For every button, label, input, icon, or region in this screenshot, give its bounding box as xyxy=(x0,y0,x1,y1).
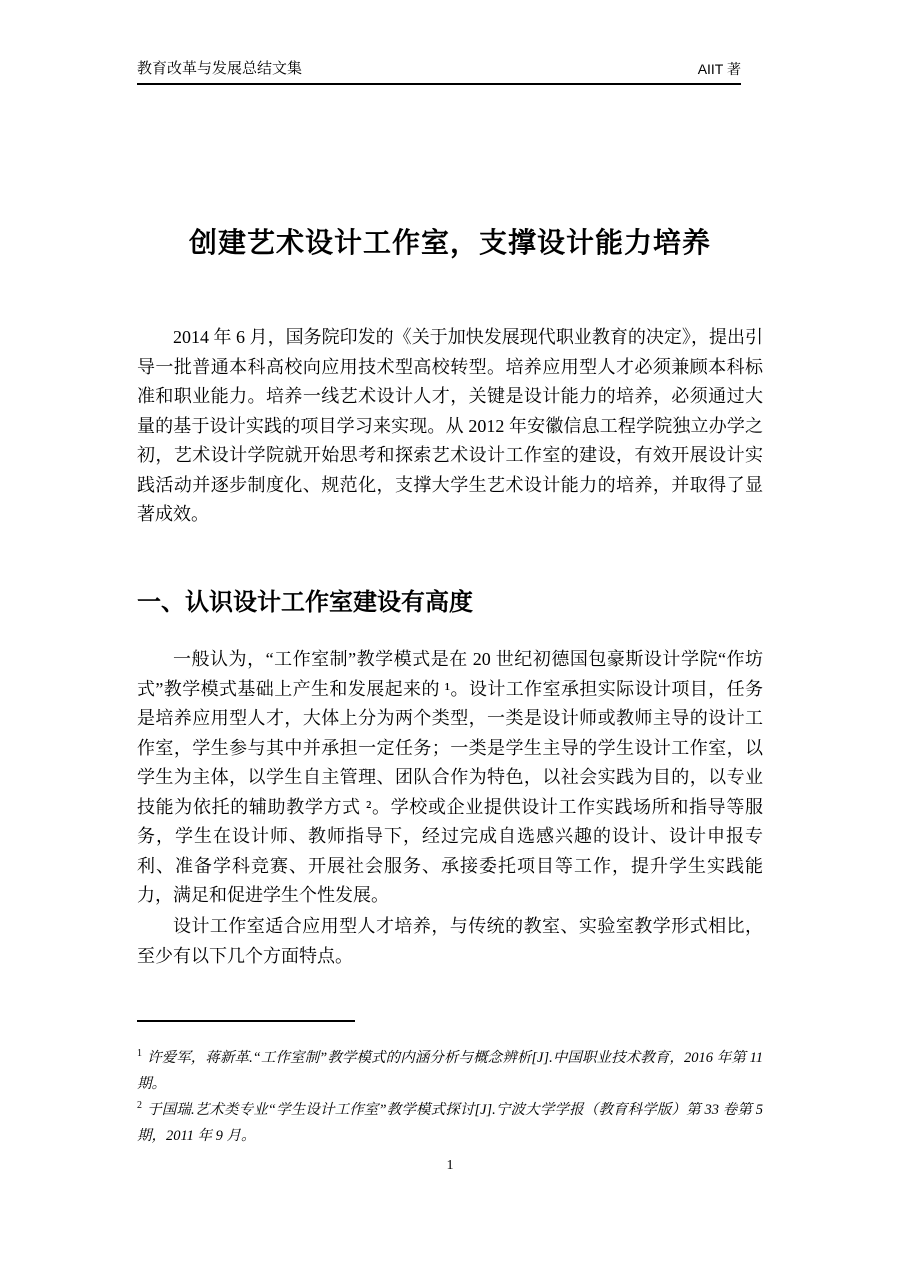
section-paragraph-1: 一般认为，“工作室制”教学模式是在 20 世纪初德国包豪斯设计学院“作坊式”教学… xyxy=(137,645,763,911)
footnote-1: 1许爱军，蒋新革.“工作室制”教学模式的内涵分析与概念辨析[J].中国职业技术教… xyxy=(137,1046,763,1097)
page-header: 教育改革与发展总结文集 AIIT 著 xyxy=(137,60,741,85)
page-number: 1 xyxy=(137,1158,763,1174)
header-book-title: 教育改革与发展总结文集 xyxy=(137,60,302,79)
section-paragraph-2: 设计工作室适合应用型人才培养，与传统的教室、实验室教学形式相比，至少有以下几个方… xyxy=(137,912,763,971)
section-heading: 一、认识设计工作室建设有高度 xyxy=(137,586,763,620)
footnote-2-text: 于国瑞.艺术类专业“学生设计工作室”教学模式探讨[J].宁波大学学报（教育科学版… xyxy=(137,1102,763,1144)
footnote-2: 2于国瑞.艺术类专业“学生设计工作室”教学模式探讨[J].宁波大学学报（教育科学… xyxy=(137,1098,763,1149)
footnote-1-marker: 1 xyxy=(137,1048,142,1059)
footnote-1-text: 许爱军，蒋新革.“工作室制”教学模式的内涵分析与概念辨析[J].中国职业技术教育… xyxy=(137,1050,763,1092)
header-author: AIIT 著 xyxy=(698,60,741,79)
intro-paragraph: 2014 年 6 月，国务院印发的《关于加快发展现代职业教育的决定》，提出引导一… xyxy=(137,323,763,530)
footnote-2-marker: 2 xyxy=(137,1100,142,1111)
footnote-separator xyxy=(137,1020,355,1022)
document-page: 教育改革与发展总结文集 AIIT 著 创建艺术设计工作室，支撑设计能力培养 20… xyxy=(0,0,900,1272)
document-title: 创建艺术设计工作室，支撑设计能力培养 xyxy=(137,224,763,262)
